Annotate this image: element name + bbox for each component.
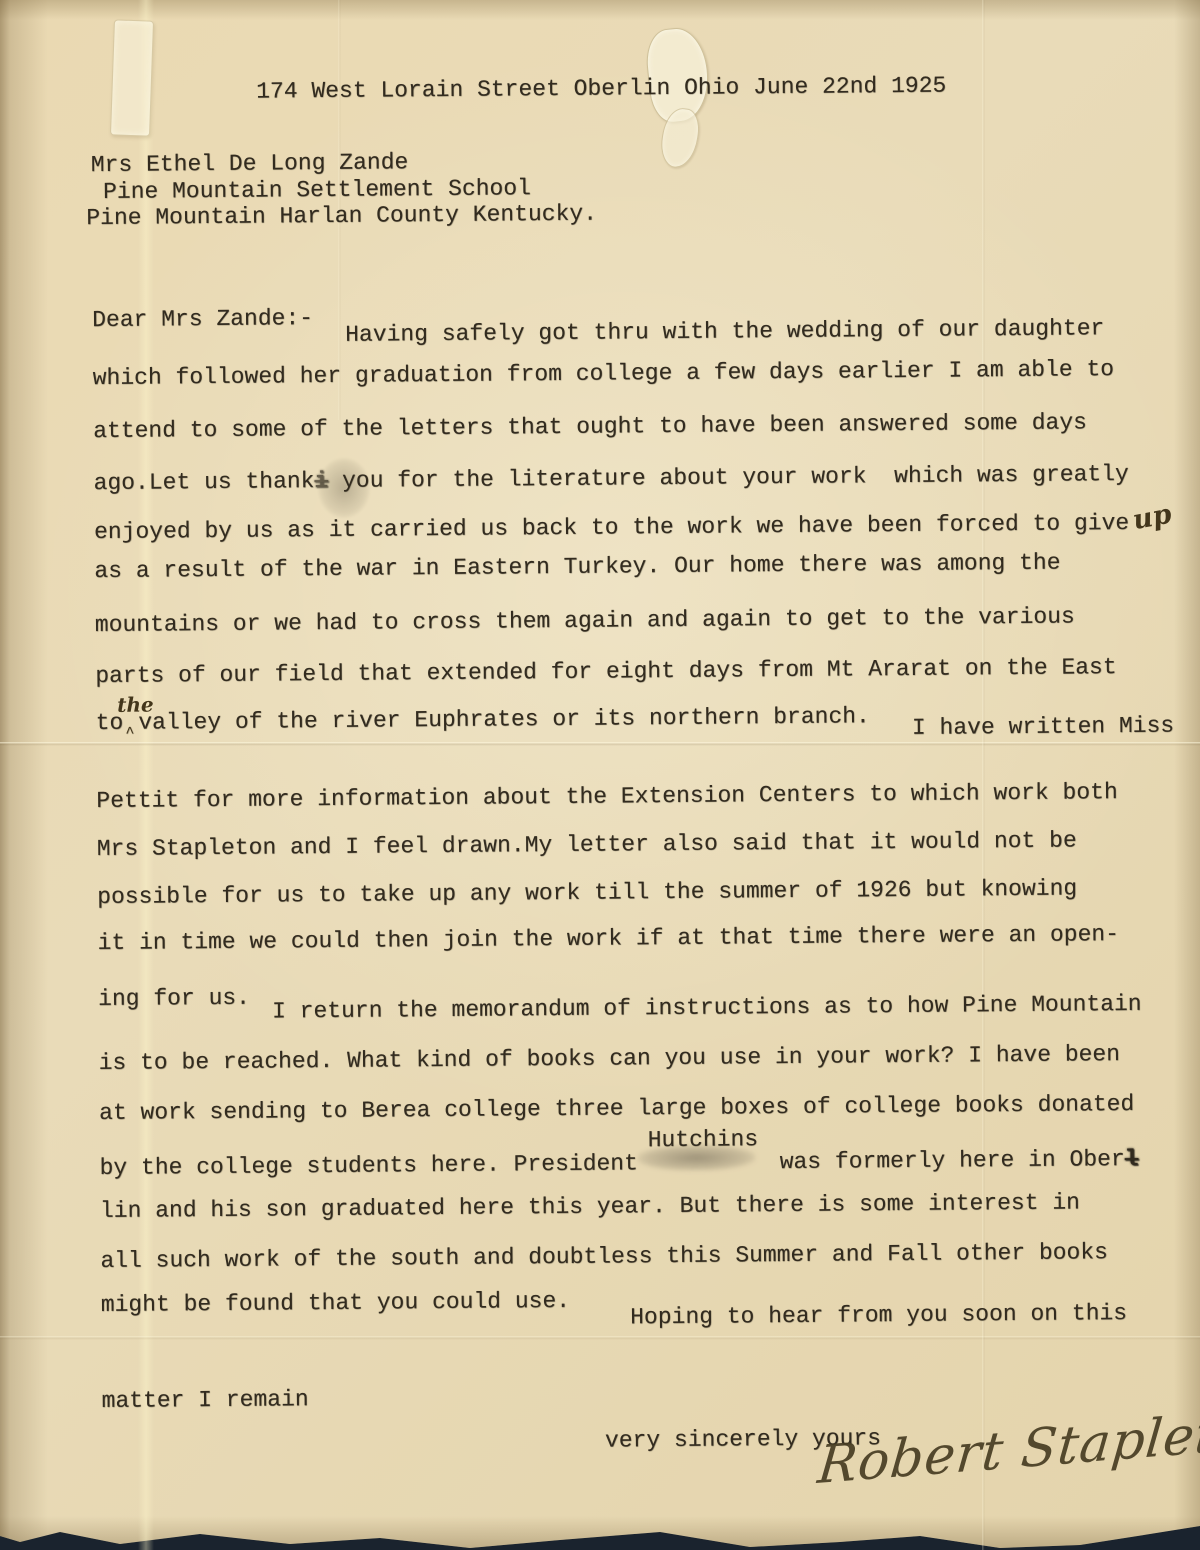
body-line-10: Pettit for more information about the Ex… [96,779,1118,814]
recipient-address: Pine Mountain Harlan County Kentucky. [86,201,597,231]
salutation: Dear Mrs Zande:- [92,305,313,333]
handwritten-up: up [1131,499,1175,536]
body-line-17: by the college students here. PresidentH… [99,1139,1138,1181]
scanned-letter-page: { "page": { "background_color": "#1a232e… [0,0,1200,1550]
body-line-20-right: Hoping to hear from you soon on this [630,1300,1127,1330]
recipient-name: Mrs Ethel De Long Zande [91,149,409,178]
body-line-17-pre: by the college students here. President [99,1150,638,1181]
body-line-14-left: ing for us. [98,985,250,1012]
body-line-9: tothe^valley of the river Euphrates or i… [96,701,1175,736]
body-line-7: mountains or we had to cross them again … [95,604,1075,639]
overstruck-character: l [1125,1146,1139,1172]
body-line-9-post: valley of the river Euphrates or its nor… [138,703,870,735]
body-line-14: ing for us.I return the memorandum of in… [98,977,1142,1012]
date-line: 174 West Lorain Street Oberlin Ohio June… [256,73,946,105]
body-line-17-post: was formerly here in Ober [766,1146,1125,1175]
correction-word: Hutchins [648,1126,759,1153]
body-line-13: it in time we could then join the work i… [97,921,1119,956]
body-line-2: which followed her graduation from colle… [93,356,1115,391]
opening-sentence: Having safely got thru with the wedding … [345,315,1104,348]
body-line-4: ago.Let us thanki you for the literature… [93,461,1128,496]
body-line-20-left: might be found that you could use. [101,1288,570,1318]
handwritten-signature: Robert Stapleton [815,1404,1200,1496]
body-line-11: Mrs Stapleton and I feel drawn.My letter… [97,827,1077,862]
body-line-15: is to be reached. What kind of books can… [99,1041,1121,1076]
body-line-19: all such work of the south and doubtless… [100,1239,1108,1274]
body-line-9-right: I have written Miss [912,713,1174,741]
body-line-21: matter I remain [101,1386,308,1414]
insertion-mark: the^ [123,719,138,729]
body-line-20: might be found that you could use.Hoping… [101,1283,1127,1318]
body-line-8: parts of our field that extended for eig… [95,654,1117,689]
body-line-4-pre: ago.Let us thank [93,468,314,496]
body-line-6: as a result of the war in Eastern Turkey… [94,550,1060,584]
caret-mark: ^ [125,725,134,742]
typed-correction: Hutchins [638,1142,766,1169]
body-line-14-right: I return the memorandum of instructions … [272,991,1142,1025]
handwritten-the: the [117,693,154,717]
body-line-18: lin and his son graduated here this year… [100,1189,1080,1224]
body-line-1: Dear Mrs Zande:-Having safely got thru w… [92,298,1104,333]
body-line-5-text: enjoyed by us as it carried us back to t… [94,510,1129,545]
body-line-5: enjoyed by us as it carried us back to t… [94,505,1172,545]
body-line-4-post: you for the literature about your work w… [328,461,1129,494]
body-line-12: possible for us to take up any work till… [97,875,1077,910]
recipient-org: Pine Mountain Settlement School [103,175,531,205]
letter-text: 174 West Lorain Street Oberlin Ohio June… [0,0,1200,1550]
body-line-16: at work sending to Berea college three l… [99,1091,1134,1126]
body-line-3: attend to some of the letters that ought… [93,409,1087,444]
struck-character: i [314,468,328,494]
